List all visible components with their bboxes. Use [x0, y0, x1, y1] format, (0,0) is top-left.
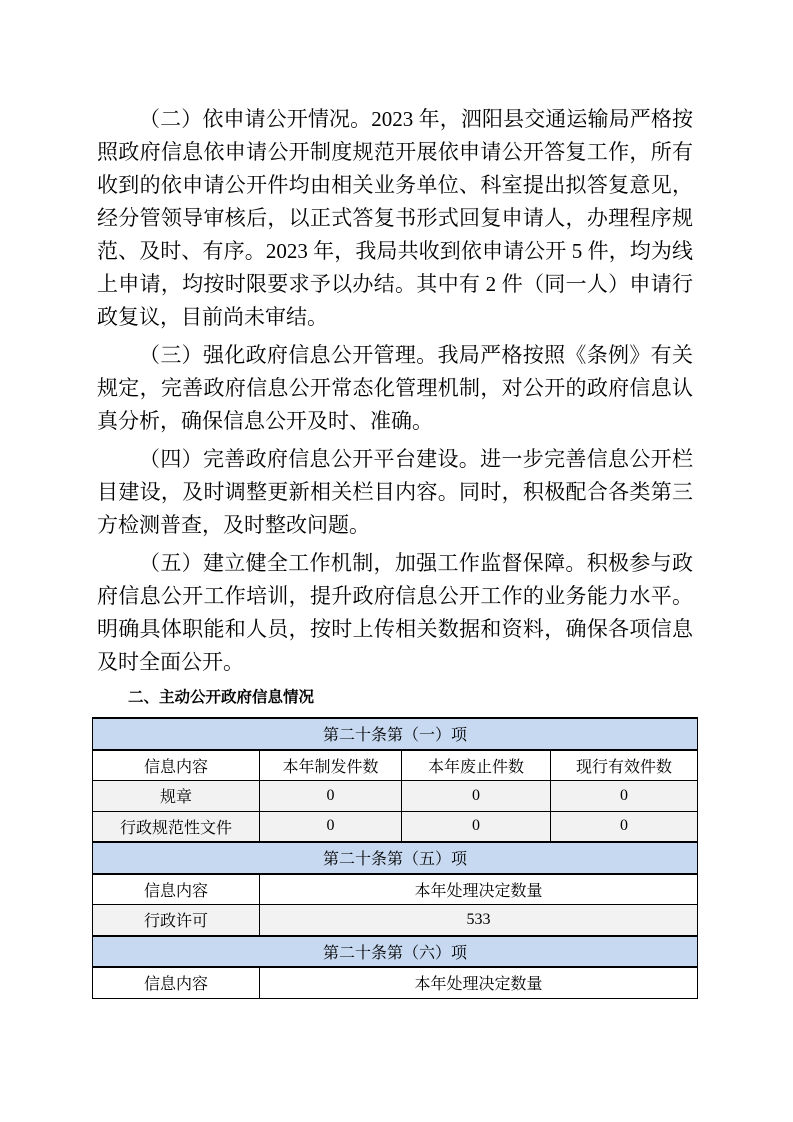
table-section-title: 第二十条第（五）项: [93, 842, 698, 874]
table-section-bar-5: 第二十条第（五）项: [93, 842, 698, 874]
value-cell: 0: [551, 811, 698, 842]
column-header-cell: 本年制发件数: [260, 750, 402, 781]
table-row: 规章 0 0 0: [93, 781, 698, 812]
value-cell: 0: [551, 781, 698, 812]
paragraph-jianli-jizhi: （五）建立健全工作机制，加强工作监督保障。积极参与政府信息公开工作培训，提升政府…: [97, 547, 693, 679]
row-label-cell: 规章: [93, 781, 260, 812]
table-section-title: 第二十条第（六）项: [93, 936, 698, 968]
value-cell: 0: [260, 811, 402, 842]
column-header-cell: 信息内容: [93, 874, 260, 905]
table-column-header-row: 信息内容 本年制发件数 本年废止件数 现行有效件数: [93, 750, 698, 781]
value-cell: 533: [260, 905, 698, 936]
table-row: 行政规范性文件 0 0 0: [93, 811, 698, 842]
table-section-bar-6: 第二十条第（六）项: [93, 936, 698, 968]
column-header-cell: 本年处理决定数量: [260, 967, 698, 998]
table-column-header-row: 信息内容 本年处理决定数量: [93, 874, 698, 905]
table-section-title: 第二十条第（一）项: [93, 718, 698, 750]
value-cell: 0: [260, 781, 402, 812]
row-label-cell: 行政许可: [93, 905, 260, 936]
value-cell: 0: [402, 781, 551, 812]
column-header-cell: 现行有效件数: [551, 750, 698, 781]
paragraph-qianghua-guanli: （三）强化政府信息公开管理。我局严格按照《条例》有关规定，完善政府信息公开常态化…: [97, 339, 693, 438]
column-header-cell: 信息内容: [93, 750, 260, 781]
row-label-cell: 行政规范性文件: [93, 811, 260, 842]
column-header-cell: 本年处理决定数量: [260, 874, 698, 905]
value-cell: 0: [402, 811, 551, 842]
table-section-bar-1: 第二十条第（一）项: [93, 718, 698, 750]
paragraph-wanshan-pingtai: （四）完善政府信息公开平台建设。进一步完善信息公开栏目建设，及时调整更新相关栏目…: [97, 443, 693, 542]
info-disclosure-table: 第二十条第（一）项 信息内容 本年制发件数 本年废止件数 现行有效件数 规章 0…: [92, 717, 698, 999]
section-heading-zhudong-gongkai: 二、主动公开政府信息情况: [97, 687, 693, 708]
column-header-cell: 本年废止件数: [402, 750, 551, 781]
table-column-header-row: 信息内容 本年处理决定数量: [93, 967, 698, 998]
column-header-cell: 信息内容: [93, 967, 260, 998]
paragraph-yishenqing: （二）依申请公开情况。2023 年，泗阳县交通运输局严格按照政府信息依申请公开制…: [97, 103, 693, 334]
table-row: 行政许可 533: [93, 905, 698, 936]
document-page: （二）依申请公开情况。2023 年，泗阳县交通运输局严格按照政府信息依申请公开制…: [0, 0, 793, 1122]
